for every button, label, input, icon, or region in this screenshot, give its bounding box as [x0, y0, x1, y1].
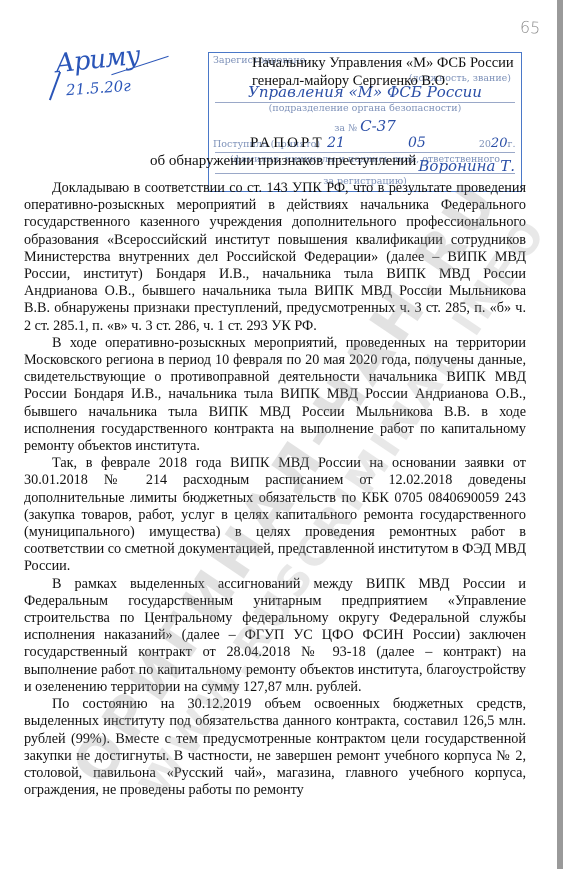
stamp-number: за № С-37: [213, 117, 517, 135]
resolution-date: 21.5.20г: [65, 77, 131, 99]
stamp-number-value: С-37: [360, 117, 396, 135]
stamp-line: [215, 173, 515, 174]
stamp-year-prefix: 20: [479, 139, 491, 150]
stamp-number-label: за №: [334, 123, 357, 134]
document-body: Докладываю в соответствии со ст. 143 УПК…: [24, 180, 526, 799]
stamp-year-end: г.: [507, 139, 515, 150]
resolution-signature: Ариму: [54, 41, 141, 80]
stamp-year-suffix: 20: [491, 136, 508, 151]
paragraph-5: По состоянию на 30.12.2019 объем освоенн…: [24, 696, 526, 799]
paragraph-1: Докладываю в соответствии со ст. 143 УПК…: [24, 180, 526, 335]
stamp-unit-label: (подразделение органа безопасности): [213, 103, 517, 114]
scan-edge: [557, 0, 563, 869]
document-subtitle: об обнаружении признаков преступлений: [150, 153, 416, 170]
paragraph-2: В ходе оперативно-розыскных мероприятий,…: [24, 335, 526, 455]
signature-tick: [49, 72, 61, 101]
page-number: 65: [519, 17, 541, 37]
addressee-line-1: Начальнику Управления «М» ФСБ России: [252, 54, 514, 72]
addressee-block: Начальнику Управления «М» ФСБ России ген…: [252, 54, 514, 90]
paragraph-4: В рамках выделенных ассигнований между В…: [24, 576, 526, 696]
handwritten-resolution: Ариму 21.5.20г: [50, 45, 170, 105]
stamp-received-month: 05: [408, 135, 426, 151]
document-title: РАПОРТ: [250, 135, 325, 152]
stamp-received-day: 21: [327, 135, 345, 151]
paragraph-3: Так, в феврале 2018 года ВИПК МВД России…: [24, 455, 526, 575]
addressee-line-2: генерал-майору Сергиенко В.О.: [252, 72, 514, 90]
